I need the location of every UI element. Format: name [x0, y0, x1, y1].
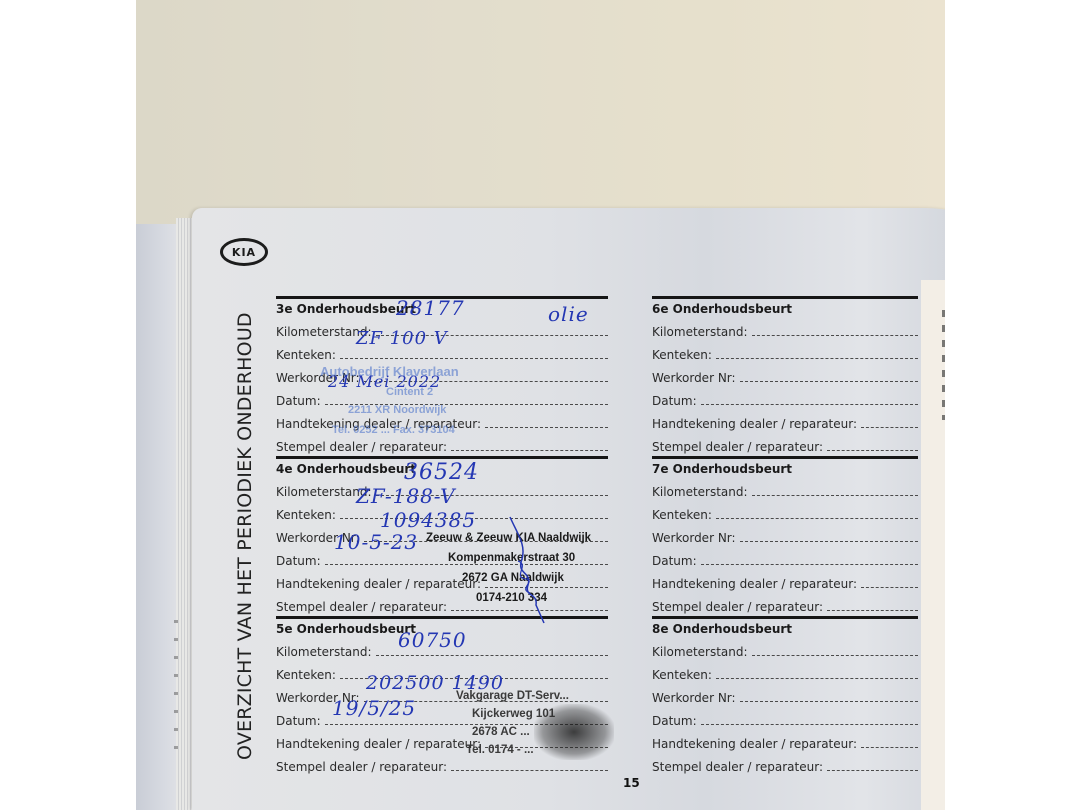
field-label: Kilometerstand:	[276, 645, 372, 659]
field-label: Handtekening dealer / reparateur:	[652, 737, 857, 751]
handwritten-plate: ZF 100 V	[356, 328, 448, 349]
section-divider	[652, 616, 918, 619]
dotted-line	[451, 449, 608, 451]
field-label: Datum:	[276, 554, 321, 568]
handwritten-mileage: 36524	[404, 460, 479, 485]
page-number: 15	[623, 776, 640, 790]
field-label: Kenteken:	[652, 508, 712, 522]
field-plate[interactable]: Kenteken:	[652, 659, 918, 682]
field-label: Kilometerstand:	[652, 645, 748, 659]
field-label: Werkorder Nr:	[652, 531, 736, 545]
field-signature[interactable]: Handtekening dealer / reparateur:	[652, 568, 918, 591]
field-mileage[interactable]: Kilometerstand:	[652, 636, 918, 659]
section-divider	[652, 456, 918, 459]
dealer-stamp-line: 2678 AC ...	[472, 722, 530, 742]
dealer-stamp-line: Tel. 0174 - ...	[466, 740, 534, 760]
field-label: Kilometerstand:	[652, 485, 748, 499]
field-signature[interactable]: Handtekening dealer / reparateur:	[652, 728, 918, 751]
dotted-line	[752, 334, 918, 336]
dotted-line	[861, 746, 918, 748]
left-column: 3e Onderhoudsbeurt Kilometerstand: Kente…	[276, 296, 608, 776]
dotted-line	[861, 586, 918, 588]
handwritten-date: 19/5/25	[332, 696, 416, 720]
field-label: Datum:	[652, 714, 697, 728]
field-work-order[interactable]: Werkorder Nr:	[652, 362, 918, 385]
section-title: 7e Onderhoudsbeurt	[652, 462, 918, 476]
dotted-line	[340, 357, 608, 359]
field-mileage[interactable]: Kilometerstand:	[652, 476, 918, 499]
field-label: Werkorder Nr:	[652, 691, 736, 705]
field-label: Datum:	[652, 554, 697, 568]
dotted-line	[716, 357, 918, 359]
dotted-line	[701, 723, 918, 725]
dotted-line	[740, 540, 918, 542]
field-plate[interactable]: Kenteken:	[652, 339, 918, 362]
handwritten-mileage: 28177	[396, 296, 465, 320]
dotted-line	[752, 494, 918, 496]
dotted-line	[827, 769, 918, 771]
field-label: Handtekening dealer / reparateur:	[652, 417, 857, 431]
field-label: Datum:	[276, 714, 321, 728]
dotted-line	[701, 403, 918, 405]
next-page-text-fragment	[942, 310, 945, 420]
ink-smudge	[534, 704, 614, 760]
field-label: Stempel dealer / reparateur:	[276, 760, 447, 774]
field-work-order[interactable]: Werkorder Nr:	[652, 522, 918, 545]
kia-logo-icon: KIA	[220, 238, 268, 266]
field-label: Kenteken:	[276, 348, 336, 362]
dotted-line	[752, 654, 918, 656]
kia-logo-text: KIA	[232, 246, 256, 259]
field-date[interactable]: Datum:	[652, 705, 918, 728]
page-stack-marks	[174, 620, 178, 750]
field-label: Werkorder Nr:	[652, 371, 736, 385]
handwritten-date: 24 Mei 2022	[328, 372, 441, 391]
dotted-line	[740, 700, 918, 702]
field-label: Kenteken:	[652, 348, 712, 362]
dotted-line	[716, 517, 918, 519]
dealer-stamp-line: Tel. 0252 ... Fax. 373104	[332, 420, 455, 440]
handwritten-work-order: 1094385	[380, 508, 476, 532]
field-signature[interactable]: Handtekening dealer / reparateur:	[652, 408, 918, 431]
section-divider	[276, 456, 608, 459]
field-stamp[interactable]: Stempel dealer / reparateur:	[276, 591, 608, 614]
section-title: 8e Onderhoudsbeurt	[652, 622, 918, 636]
field-plate[interactable]: Kenteken:	[652, 499, 918, 522]
dotted-line	[451, 769, 608, 771]
service-section-8: 8e Onderhoudsbeurt Kilometerstand: Kente…	[652, 616, 918, 776]
field-label: Datum:	[276, 394, 321, 408]
photo-background: KIA OVERZICHT VAN HET PERIODIEK ONDERHOU…	[136, 0, 945, 810]
service-section-4: 4e Onderhoudsbeurt Kilometerstand: Kente…	[276, 456, 608, 616]
field-stamp[interactable]: Stempel dealer / reparateur:	[652, 431, 918, 454]
field-label: Handtekening dealer / reparateur:	[276, 577, 481, 591]
field-label: Stempel dealer / reparateur:	[652, 440, 823, 454]
handwritten-note: olie	[548, 302, 589, 326]
field-label: Kenteken:	[276, 508, 336, 522]
field-label: Stempel dealer / reparateur:	[652, 600, 823, 614]
dealer-stamp-line: 2211 XR Noordwijk	[348, 400, 446, 420]
dotted-line	[485, 426, 608, 428]
field-label: Datum:	[652, 394, 697, 408]
field-label: Handtekening dealer / reparateur:	[276, 737, 481, 751]
dotted-line	[740, 380, 918, 382]
handwritten-mileage: 60750	[398, 628, 467, 652]
handwritten-date: 10-5-23	[334, 530, 418, 554]
side-title: OVERZICHT VAN HET PERIODIEK ONDERHOUD	[234, 312, 256, 760]
dotted-line	[701, 563, 918, 565]
signature-scribble	[508, 515, 548, 625]
section-divider	[652, 296, 918, 299]
field-label: Stempel dealer / reparateur:	[652, 760, 823, 774]
dotted-line	[827, 449, 918, 451]
section-title: 6e Onderhoudsbeurt	[652, 302, 918, 316]
service-section-3: 3e Onderhoudsbeurt Kilometerstand: Kente…	[276, 296, 608, 456]
handwritten-work-order: 202500 1490	[366, 672, 504, 694]
field-work-order[interactable]: Werkorder Nr:	[652, 682, 918, 705]
field-date[interactable]: Datum:	[652, 545, 918, 568]
field-label: Handtekening dealer / reparateur:	[652, 577, 857, 591]
field-stamp[interactable]: Stempel dealer / reparateur:	[652, 751, 918, 774]
field-stamp[interactable]: Stempel dealer / reparateur:	[652, 591, 918, 614]
field-date[interactable]: Datum:	[652, 385, 918, 408]
dotted-line	[827, 609, 918, 611]
field-label: Kenteken:	[276, 668, 336, 682]
field-label: Kilometerstand:	[652, 325, 748, 339]
right-column: 6e Onderhoudsbeurt Kilometerstand: Kente…	[652, 296, 918, 776]
handwritten-plate: ZF-188-V	[356, 484, 456, 508]
field-label: Stempel dealer / reparateur:	[276, 440, 447, 454]
service-section-5: 5e Onderhoudsbeurt Kilometerstand: Kente…	[276, 616, 608, 776]
dotted-line	[716, 677, 918, 679]
field-label: Kenteken:	[652, 668, 712, 682]
field-label: Stempel dealer / reparateur:	[276, 600, 447, 614]
dotted-line	[376, 654, 608, 656]
service-section-6: 6e Onderhoudsbeurt Kilometerstand: Kente…	[652, 296, 918, 456]
service-section-7: 7e Onderhoudsbeurt Kilometerstand: Kente…	[652, 456, 918, 616]
field-mileage[interactable]: Kilometerstand:	[652, 316, 918, 339]
dotted-line	[861, 426, 918, 428]
section-divider	[276, 616, 608, 619]
